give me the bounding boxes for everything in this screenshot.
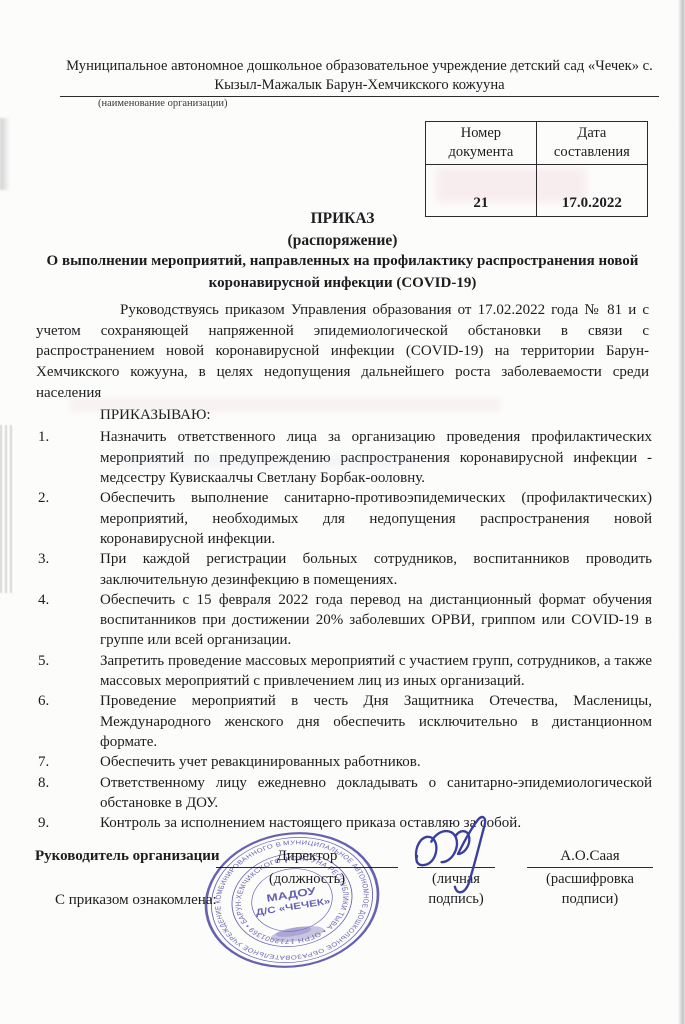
order-item-number: 6.	[38, 691, 100, 752]
meta-date-header: Дата составления	[536, 122, 647, 165]
order-item-text: Проведение мероприятий в честь Дня Защит…	[100, 691, 652, 752]
official-round-stamp: МУНИЦИПАЛЬНОЕ АВТОНОМНОЕ ДОШКОЛЬНОЕ ОБРА…	[192, 818, 391, 982]
order-item-text: При каждой регистрации больных сотрудник…	[100, 549, 652, 590]
organization-name: Муниципальное автономное дошкольное обра…	[60, 57, 659, 94]
stamp-graphic: МУНИЦИПАЛЬНОЕ АВТОНОМНОЕ ДОШКОЛЬНОЕ ОБРА…	[192, 818, 391, 982]
order-item-text: Контроль за исполнением настоящего прика…	[100, 813, 652, 833]
order-item: 5. Запретить проведение массовых меропри…	[38, 651, 652, 692]
order-item-text: Обеспечить с 15 февраля 2022 года перево…	[100, 590, 652, 651]
scan-smudge	[0, 118, 10, 190]
order-item: 2. Обеспечить выполнение санитарно-проти…	[38, 488, 652, 549]
order-item-text: Запретить проведение массовых мероприяти…	[100, 651, 652, 692]
order-item: 6. Проведение мероприятий в честь Дня За…	[38, 691, 652, 752]
organization-name-caption: (наименование организации)	[98, 97, 659, 109]
document-subject-title: О выполнении мероприятий, направленных н…	[43, 251, 643, 294]
order-item-number: 2.	[38, 488, 100, 549]
transcript-column: А.О.Саая (расшифровка подписи)	[527, 845, 653, 909]
meta-number-header: Номер документа	[426, 122, 537, 165]
ink-bleedthrough	[70, 398, 500, 412]
order-item-number: 7.	[38, 752, 100, 772]
order-item-number: 1.	[38, 427, 100, 488]
scan-edge-shadow	[678, 0, 685, 1024]
order-item-text: Ответственному лицу ежедневно докладыват…	[100, 773, 652, 814]
order-list: 1. Назначить ответственного лица за орга…	[38, 427, 652, 833]
ink-bleedthrough	[120, 455, 420, 467]
organization-name-underline: Муниципальное автономное дошкольное обра…	[60, 57, 659, 97]
document-meta-table: Номер документа Дата составления 21 17.0…	[425, 121, 648, 217]
order-item-number: 3.	[38, 549, 100, 590]
leader-label: Руководитель организации	[35, 848, 220, 865]
meta-header-row: Номер документа Дата составления	[426, 122, 648, 165]
meta-value-row: 21 17.0.2022	[426, 165, 648, 217]
meta-date-value: 17.0.2022	[536, 165, 647, 217]
meta-number-value: 21	[426, 165, 537, 217]
order-item-number: 8.	[38, 773, 100, 814]
order-item-number: 4.	[38, 590, 100, 651]
order-item-text: Обеспечить учет ревакцинированных работн…	[100, 752, 652, 772]
document-subkind-title: (распоряжение)	[0, 230, 685, 252]
order-item-text: Обеспечить выполнение санитарно-противоэ…	[100, 488, 652, 549]
transcript-value: А.О.Саая	[527, 845, 653, 868]
order-item: 3. При каждой регистрации больных сотруд…	[38, 549, 652, 590]
handwritten-signature	[408, 813, 512, 897]
acknowledgement-label: С приказом ознакомлена:	[55, 892, 217, 909]
scan-smudge	[0, 425, 15, 593]
transcript-caption: (расшифровка подписи)	[527, 868, 653, 909]
order-item: 7. Обеспечить учет ревакцинированных раб…	[38, 752, 652, 772]
order-item: 8. Ответственному лицу ежедневно доклады…	[38, 773, 652, 814]
title-block: ПРИКАЗ (распоряжение) О выполнении мероп…	[0, 208, 685, 294]
document-header: Муниципальное автономное дошкольное обра…	[60, 0, 659, 109]
order-item: 4. Обеспечить с 15 февраля 2022 года пер…	[38, 590, 652, 651]
scanned-order-document: Муниципальное автономное дошкольное обра…	[0, 0, 685, 1024]
order-item-number: 5.	[38, 651, 100, 692]
order-item-number: 9.	[38, 813, 100, 833]
preamble-paragraph: Руководствуясь приказом Управления образ…	[36, 300, 649, 403]
